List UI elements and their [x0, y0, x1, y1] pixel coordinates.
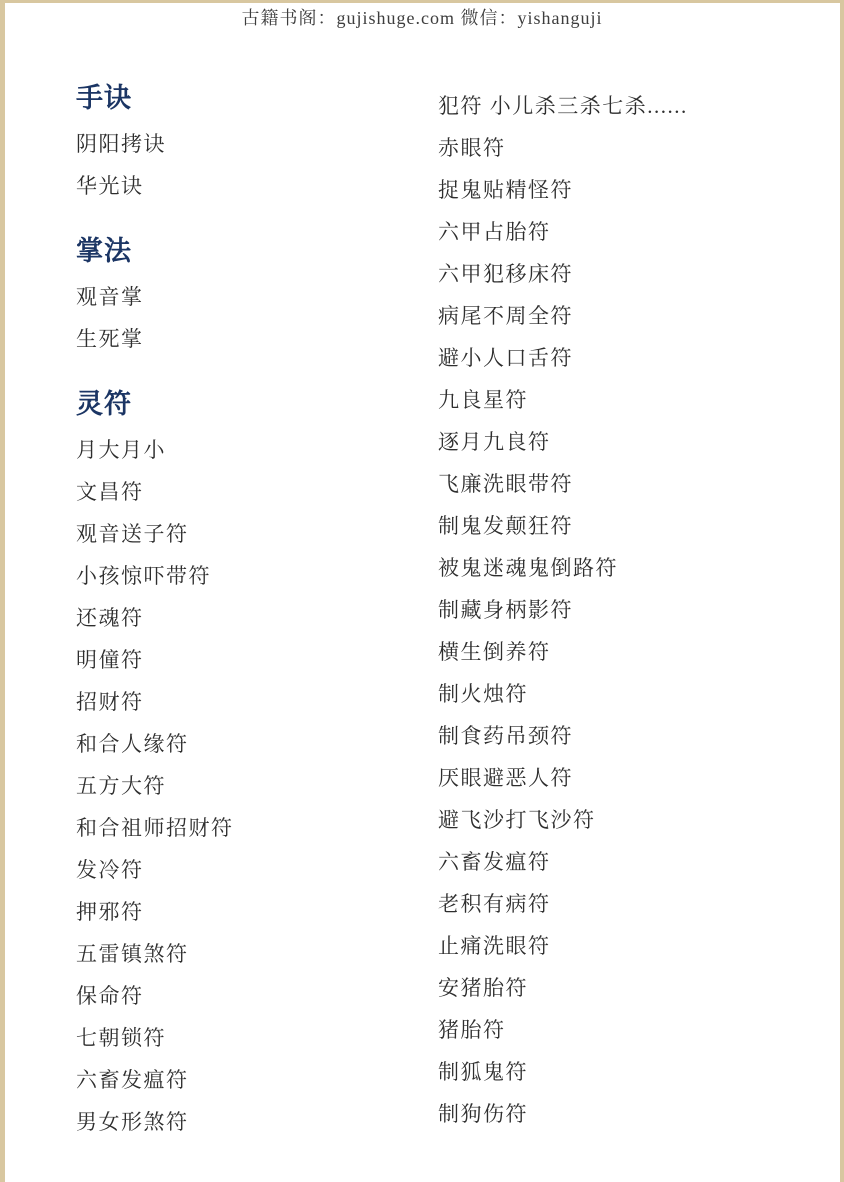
toc-item: 六甲占胎符: [438, 221, 551, 243]
toc-item: 还魂符: [76, 607, 144, 629]
toc-item: 发冷符: [76, 859, 144, 881]
toc-item: 七朝锁符: [76, 1027, 166, 1049]
toc-item: 阴阳拷诀: [76, 133, 166, 155]
toc-item: 九良星符: [438, 389, 528, 411]
toc-item: 犯符 小儿杀三杀七杀......: [438, 95, 688, 117]
toc-item: 生死掌: [76, 328, 144, 350]
toc-item: 五雷镇煞符: [76, 943, 189, 965]
toc-item: 保命符: [76, 985, 144, 1007]
toc-item: 横生倒养符: [438, 641, 551, 663]
toc-item: 避飞沙打飞沙符: [438, 809, 596, 831]
left-column: 手诀阴阳拷诀华光诀掌法观音掌生死掌灵符月大月小文昌符观音送子符小孩惊吓带符还魂符…: [76, 0, 426, 1182]
right-column: 犯符 小儿杀三杀七杀......赤眼符捉鬼贴精怪符六甲占胎符六甲犯移床符病尾不周…: [438, 0, 838, 1182]
toc-item: 捉鬼贴精怪符: [438, 179, 573, 201]
toc-item: 五方大符: [76, 775, 166, 797]
page-border-right: [840, 0, 844, 1182]
toc-item: 制藏身柄影符: [438, 599, 573, 621]
toc-item: 厌眼避恶人符: [438, 767, 573, 789]
section-header: 掌法: [76, 237, 132, 265]
toc-item: 观音送子符: [76, 523, 189, 545]
toc-item: 观音掌: [76, 286, 144, 308]
toc-item: 制狐鬼符: [438, 1061, 528, 1083]
toc-item: 明僮符: [76, 649, 144, 671]
toc-item: 被鬼迷魂鬼倒路符: [438, 557, 618, 579]
toc-item: 安猪胎符: [438, 977, 528, 999]
toc-item: 制鬼发颠狂符: [438, 515, 573, 537]
toc-item: 华光诀: [76, 175, 144, 197]
toc-item: 赤眼符: [438, 137, 506, 159]
toc-item: 老积有病符: [438, 893, 551, 915]
toc-item: 小孩惊吓带符: [76, 565, 211, 587]
toc-item: 制火烛符: [438, 683, 528, 705]
section-header: 手诀: [76, 84, 132, 112]
toc-item: 制狗伤符: [438, 1103, 528, 1125]
toc-item: 逐月九良符: [438, 431, 551, 453]
toc-item: 制食药吊颈符: [438, 725, 573, 747]
book-page: 古籍书阁：gujishuge.com 微信：yishanguji 手诀阴阳拷诀华…: [0, 0, 844, 1182]
page-border-left: [0, 0, 5, 1182]
toc-item: 和合祖师招财符: [76, 817, 234, 839]
toc-item: 止痛洗眼符: [438, 935, 551, 957]
toc-item: 六畜发瘟符: [76, 1069, 189, 1091]
toc-item: 避小人口舌符: [438, 347, 573, 369]
toc-item: 病尾不周全符: [438, 305, 573, 327]
toc-item: 飞廉洗眼带符: [438, 473, 573, 495]
section-header: 灵符: [76, 390, 132, 418]
toc-item: 男女形煞符: [76, 1111, 189, 1133]
toc-item: 招财符: [76, 691, 144, 713]
toc-item: 和合人缘符: [76, 733, 189, 755]
toc-item: 六畜发瘟符: [438, 851, 551, 873]
toc-item: 押邪符: [76, 901, 144, 923]
toc-item: 月大月小: [76, 439, 166, 461]
toc-item: 猪胎符: [438, 1019, 506, 1041]
toc-item: 文昌符: [76, 481, 144, 503]
toc-item: 六甲犯移床符: [438, 263, 573, 285]
